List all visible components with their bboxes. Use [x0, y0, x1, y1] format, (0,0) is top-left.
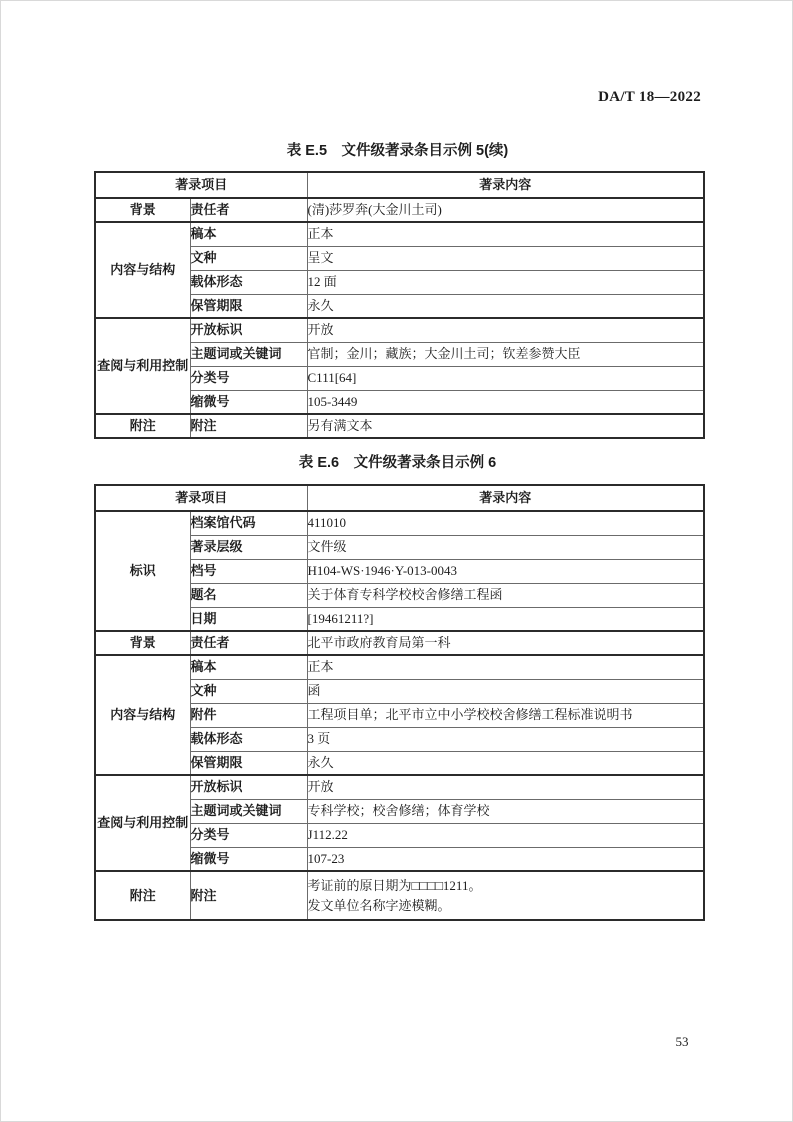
item-label-cell: 载体形态: [190, 727, 307, 751]
content-value-cell: (清)莎罗奔(大金川土司): [307, 198, 704, 222]
table-row: 附注附注考证前的原日期为□□□□1211。发文单位名称字迹模糊。: [95, 871, 704, 920]
table-row: 内容与结构稿本正本: [95, 222, 704, 246]
item-label-cell: 文种: [190, 679, 307, 703]
group-cell: 附注: [95, 871, 190, 920]
standard-number: DA/T 18—2022: [598, 89, 701, 106]
item-label-cell: 著录层级: [190, 535, 307, 559]
table-e6: 著录项目 著录内容 标识档案馆代码411010著录层级文件级档号H104-WS·…: [94, 484, 705, 921]
table-body: 背景责任者(清)莎罗奔(大金川土司)内容与结构稿本正本文种呈文载体形态12 面保…: [95, 198, 704, 438]
group-cell: 标识: [95, 511, 190, 631]
item-label-cell: 档号: [190, 559, 307, 583]
table-row: 背景责任者北平市政府教育局第一科: [95, 631, 704, 655]
item-label-cell: 缩微号: [190, 847, 307, 871]
column-header-item: 著录项目: [95, 172, 307, 198]
item-label-cell: 日期: [190, 607, 307, 631]
table-header-row: 著录项目 著录内容: [95, 172, 704, 198]
item-label-cell: 文种: [190, 246, 307, 270]
content-value-cell: 411010: [307, 511, 704, 535]
table-row: 背景责任者(清)莎罗奔(大金川土司): [95, 198, 704, 222]
content-line: 考证前的原日期为□□□□1211。: [308, 876, 704, 896]
item-label-cell: 附件: [190, 703, 307, 727]
item-label-cell: 档案馆代码: [190, 511, 307, 535]
content-value-cell: 12 面: [307, 270, 704, 294]
column-header-content: 著录内容: [307, 172, 704, 198]
content-value-cell: 工程项目单；北平市立中小学校校舍修缮工程标准说明书: [307, 703, 704, 727]
content-value-cell: 文件级: [307, 535, 704, 559]
group-cell: 背景: [95, 631, 190, 655]
content-value-cell: 开放: [307, 775, 704, 799]
group-cell: 查阅与利用控制: [95, 775, 190, 871]
item-label-cell: 附注: [190, 414, 307, 438]
item-label-cell: 分类号: [190, 366, 307, 390]
content-line: 发文单位名称字迹模糊。: [308, 896, 704, 916]
item-label-cell: 载体形态: [190, 270, 307, 294]
item-label-cell: 保管期限: [190, 751, 307, 775]
item-label-cell: 保管期限: [190, 294, 307, 318]
item-label-cell: 主题词或关键词: [190, 342, 307, 366]
table-header-row: 著录项目 著录内容: [95, 485, 704, 511]
content-value-cell: 另有满文本: [307, 414, 704, 438]
table-row: 标识档案馆代码411010: [95, 511, 704, 535]
table-row: 内容与结构稿本正本: [95, 655, 704, 679]
content-value-cell: 正本: [307, 655, 704, 679]
column-header-content: 著录内容: [307, 485, 704, 511]
table-row: 附注附注另有满文本: [95, 414, 704, 438]
item-label-cell: 题名: [190, 583, 307, 607]
table-row: 查阅与利用控制开放标识开放: [95, 318, 704, 342]
content-value-cell: H104-WS·1946·Y-013-0043: [307, 559, 704, 583]
page-number: 53: [661, 1034, 703, 1050]
item-label-cell: 稿本: [190, 655, 307, 679]
content-value-cell: 函: [307, 679, 704, 703]
content-value-cell: 107-23: [307, 847, 704, 871]
item-label-cell: 开放标识: [190, 775, 307, 799]
table-e5: 著录项目 著录内容 背景责任者(清)莎罗奔(大金川土司)内容与结构稿本正本文种呈…: [94, 171, 705, 439]
content-value-cell: 北平市政府教育局第一科: [307, 631, 704, 655]
content-value-cell: 关于体育专科学校校舍修缮工程函: [307, 583, 704, 607]
content-value-cell: C111[64]: [307, 366, 704, 390]
content-value-cell: 专科学校；校舍修缮；体育学校: [307, 799, 704, 823]
group-cell: 查阅与利用控制: [95, 318, 190, 414]
item-label-cell: 开放标识: [190, 318, 307, 342]
group-cell: 背景: [95, 198, 190, 222]
item-label-cell: 主题词或关键词: [190, 799, 307, 823]
content-value-cell: 永久: [307, 751, 704, 775]
item-label-cell: 分类号: [190, 823, 307, 847]
group-cell: 附注: [95, 414, 190, 438]
item-label-cell: 附注: [190, 871, 307, 920]
table-e6-title: 表 E.6 文件级著录条目示例 6: [1, 451, 793, 472]
content-value-cell: [19461211?]: [307, 607, 704, 631]
table-body: 标识档案馆代码411010著录层级文件级档号H104-WS·1946·Y-013…: [95, 511, 704, 920]
content-value-cell: 105-3449: [307, 390, 704, 414]
table-row: 查阅与利用控制开放标识开放: [95, 775, 704, 799]
content-value-cell: 正本: [307, 222, 704, 246]
content-value-cell: 官制；金川；藏族；大金川土司；钦差参赞大臣: [307, 342, 704, 366]
content-value-cell: 永久: [307, 294, 704, 318]
group-cell: 内容与结构: [95, 655, 190, 775]
content-value-cell: J112.22: [307, 823, 704, 847]
item-label-cell: 缩微号: [190, 390, 307, 414]
item-label-cell: 责任者: [190, 198, 307, 222]
group-cell: 内容与结构: [95, 222, 190, 318]
content-value-cell: 呈文: [307, 246, 704, 270]
item-label-cell: 责任者: [190, 631, 307, 655]
content-value-cell: 3 页: [307, 727, 704, 751]
item-label-cell: 稿本: [190, 222, 307, 246]
column-header-item: 著录项目: [95, 485, 307, 511]
content-value-cell: 开放: [307, 318, 704, 342]
content-value-cell: 考证前的原日期为□□□□1211。发文单位名称字迹模糊。: [307, 871, 704, 920]
document-page: { "page": { "doc_code": "DA/T 18—2022", …: [0, 0, 793, 1122]
table-e5-title: 表 E.5 文件级著录条目示例 5(续): [1, 139, 793, 160]
